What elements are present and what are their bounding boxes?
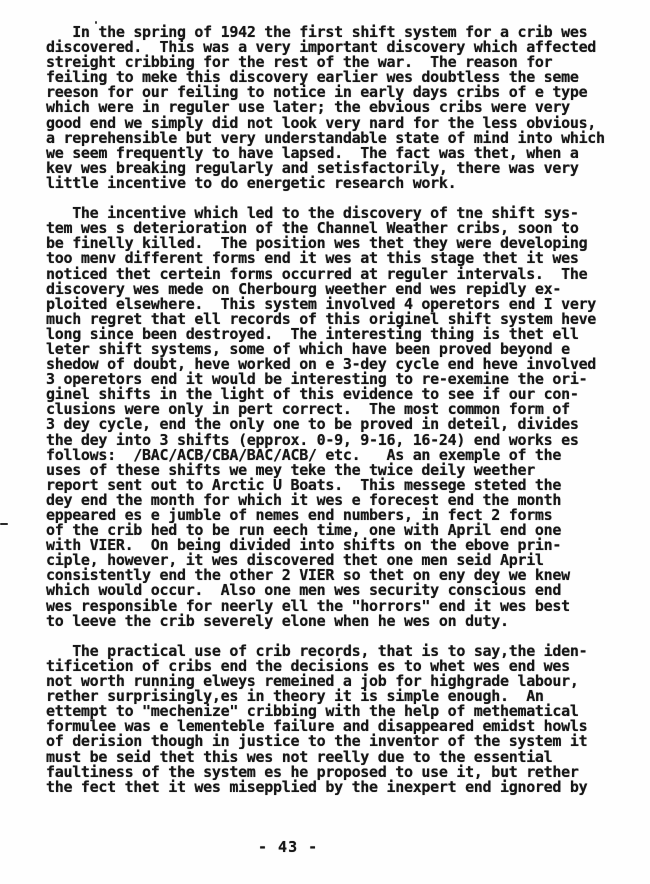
paragraph-2: The incentive which led to the discovery… — [46, 206, 636, 629]
document-text-block: In the spring of 1942 the first shift sy… — [46, 25, 636, 795]
document-page: In the spring of 1942 the first shift sy… — [0, 0, 650, 884]
paragraph-1: In the spring of 1942 the first shift sy… — [46, 25, 636, 191]
scan-artifact-dash — [0, 523, 8, 525]
paragraph-3: The practical use of crib records, that … — [46, 644, 636, 795]
page-number: - 43 - — [258, 838, 318, 856]
